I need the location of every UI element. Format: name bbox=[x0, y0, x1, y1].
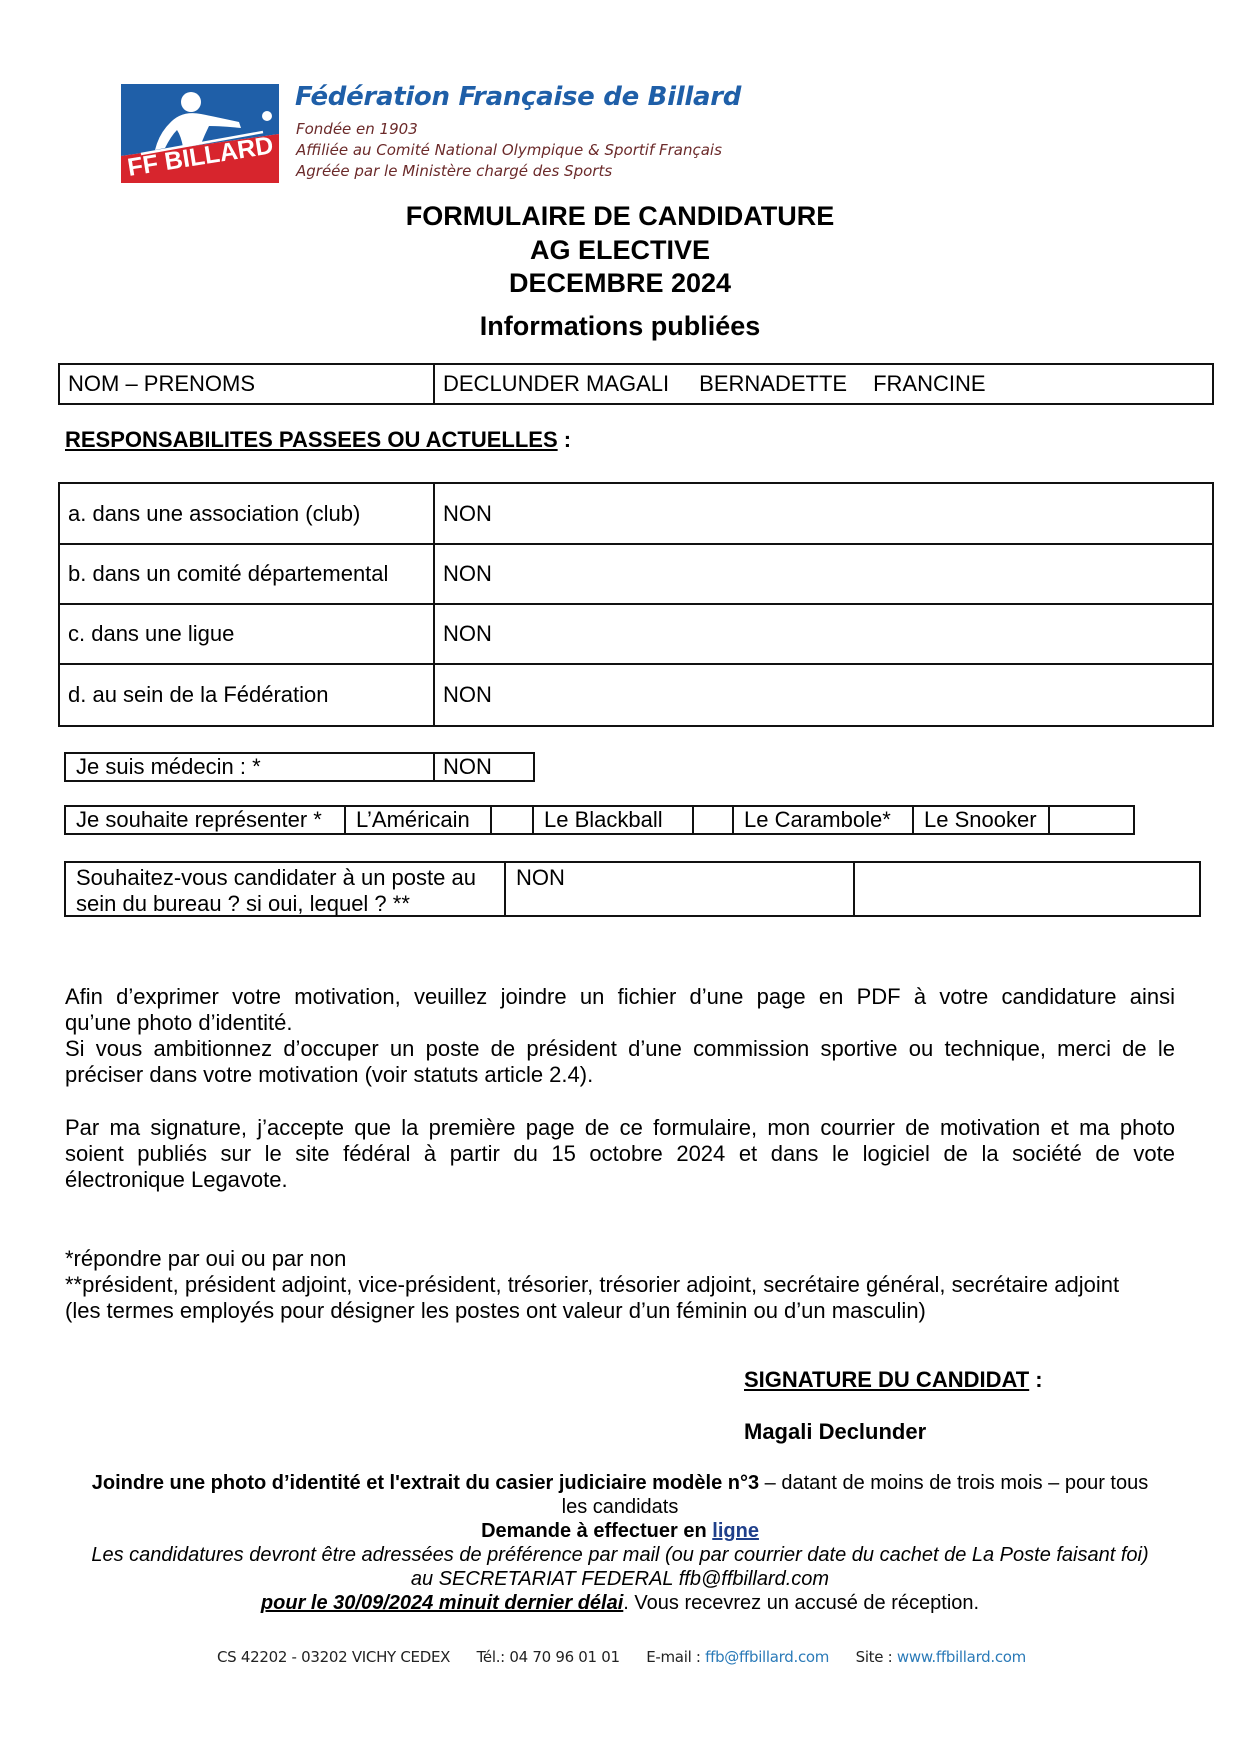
responsibility-label: c. dans une ligue bbox=[60, 604, 433, 664]
option-carambole: Le Carambole* bbox=[734, 807, 910, 833]
doctor-label: Je suis médecin : * bbox=[66, 754, 433, 780]
bureau-question: Souhaitez-vous candidater à un poste au … bbox=[76, 865, 476, 917]
note-gender-terms: (les termes employés pour désigner les p… bbox=[65, 1298, 926, 1324]
option-snooker: Le Snooker bbox=[914, 807, 1048, 833]
signature-heading: SIGNATURE DU CANDIDAT : bbox=[744, 1367, 1043, 1393]
form-title-event: AG ELECTIVE bbox=[0, 235, 1240, 266]
checkbox-blackball[interactable] bbox=[694, 807, 732, 833]
checkbox-americain[interactable] bbox=[492, 807, 532, 833]
instructions-block: Joindre une photo d’identité et l'extrai… bbox=[60, 1471, 1180, 1615]
responsibility-label: b. dans un comité départemental bbox=[60, 544, 433, 604]
footer-address: CS 42202 - 03202 VICHY CEDEX bbox=[217, 1648, 450, 1666]
bureau-answer[interactable]: NON bbox=[516, 865, 565, 891]
footer-email-link[interactable]: ffb@ffbillard.com bbox=[705, 1648, 829, 1666]
responsibility-value[interactable]: NON bbox=[435, 664, 1212, 725]
responsibilities-table: a. dans une association (club) NON b. da… bbox=[58, 482, 1214, 727]
responsibility-label: a. dans une association (club) bbox=[60, 484, 433, 544]
ffb-logo: FF BILLARD bbox=[121, 84, 279, 183]
responsibility-row-committee: b. dans un comité départemental NON bbox=[60, 544, 1212, 604]
federation-founded: Fondée en 1903 bbox=[296, 120, 418, 138]
federation-name: Fédération Française de Billard bbox=[295, 82, 741, 112]
responsibility-row-league: c. dans une ligue NON bbox=[60, 604, 1212, 664]
footer-site-link[interactable]: www.ffbillard.com bbox=[897, 1648, 1026, 1666]
responsibility-value[interactable]: NON bbox=[435, 484, 1212, 544]
responsibility-value[interactable]: NON bbox=[435, 604, 1212, 664]
form-subtitle: Informations publiées bbox=[0, 311, 1240, 342]
responsibilities-heading: RESPONSABILITES PASSEES OU ACTUELLES : bbox=[65, 427, 571, 453]
middle-name-2: FRANCINE bbox=[873, 371, 985, 397]
billiard-player-icon: FF BILLARD bbox=[121, 84, 279, 183]
motivation-paragraph: Afin d’exprimer votre motivation, veuill… bbox=[65, 984, 1175, 1088]
footer-phone: 04 70 96 01 01 bbox=[509, 1648, 619, 1666]
represent-table: Je souhaite représenter * L’Américain Le… bbox=[64, 805, 1135, 835]
page-footer: CS 42202 - 03202 VICHY CEDEX Tél.: 04 70… bbox=[217, 1648, 1026, 1666]
option-americain: L’Américain bbox=[346, 807, 490, 833]
identity-label: NOM – PRENOMS bbox=[60, 365, 435, 403]
bureau-table: Souhaitez-vous candidater à un poste au … bbox=[64, 861, 1201, 917]
form-title-date: DECEMBRE 2024 bbox=[0, 268, 1240, 299]
identity-table: NOM – PRENOMS DECLUNDER MAGALI BERNADETT… bbox=[58, 363, 1214, 405]
online-request-link[interactable]: ligne bbox=[712, 1520, 759, 1542]
last-first-name: DECLUNDER MAGALI bbox=[443, 371, 669, 397]
doctor-value[interactable]: NON bbox=[435, 754, 533, 780]
option-blackball: Le Blackball bbox=[534, 807, 692, 833]
responsibility-label: d. au sein de la Fédération bbox=[60, 664, 433, 725]
form-title: FORMULAIRE DE CANDIDATURE bbox=[0, 201, 1240, 232]
federation-affiliation: Affiliée au Comité National Olympique & … bbox=[296, 141, 722, 159]
responsibility-row-federation: d. au sein de la Fédération NON bbox=[60, 664, 1212, 725]
consent-paragraph: Par ma signature, j’accepte que la premi… bbox=[65, 1115, 1175, 1193]
identity-value[interactable]: DECLUNDER MAGALI BERNADETTE FRANCINE bbox=[435, 365, 1214, 403]
federation-approval: Agréée par le Ministère chargé des Sport… bbox=[296, 162, 612, 180]
doctor-table: Je suis médecin : * NON bbox=[64, 752, 535, 782]
note-bureau-posts: **président, président adjoint, vice-pré… bbox=[65, 1272, 1119, 1298]
checkbox-snooker[interactable] bbox=[1050, 807, 1133, 833]
responsibility-value[interactable]: NON bbox=[435, 544, 1212, 604]
note-answer-yes-no: *répondre par oui ou par non bbox=[65, 1246, 346, 1272]
signature-name: Magali Declunder bbox=[744, 1419, 926, 1445]
represent-label: Je souhaite représenter * bbox=[66, 807, 344, 833]
responsibility-row-club: a. dans une association (club) NON bbox=[60, 484, 1212, 544]
middle-name-1: BERNADETTE bbox=[699, 371, 847, 397]
